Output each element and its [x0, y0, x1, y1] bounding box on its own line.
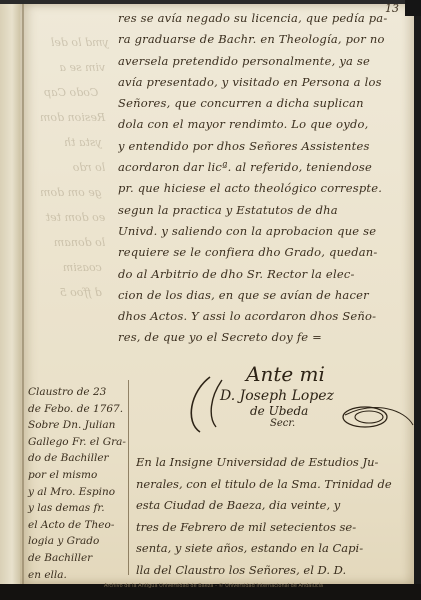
adjacent-page-strip: [0, 4, 20, 584]
text-line: acordaron dar licª. al referido, teniend…: [118, 157, 408, 178]
text-line: y entendido por dhos Señores Assistentes: [118, 136, 408, 157]
ink-bleed-through: ymd lo del vim se a Codo Cap Resion dom …: [40, 30, 109, 305]
margin-line: y las demas fr.: [28, 500, 128, 517]
scan-right-edge: [414, 16, 421, 586]
text-line: lla del Claustro los Señores, el D. D.: [136, 560, 414, 582]
signature-flourish-icon: [170, 372, 320, 442]
text-line: tres de Febrero de mil setecientos se-: [136, 517, 414, 539]
text-line: ra graduarse de Bachr. en Theología, por…: [118, 29, 408, 50]
text-line: dola con el mayor rendimto. Lo que oydo,: [118, 114, 408, 135]
text-line: En la Insigne Universidad de Estudios Ju…: [136, 452, 414, 474]
margin-line: de Bachiller: [28, 550, 128, 567]
text-line: requiere se le confiera dho Grado, queda…: [118, 242, 408, 263]
text-line: do al Arbitrio de dho Sr. Rector la elec…: [118, 264, 408, 285]
margin-line: en ella.: [28, 567, 128, 584]
text-line: nerales, con el titulo de la Sma. Trinid…: [136, 474, 414, 496]
main-body-text: res se avía negado su licencia, que pedí…: [118, 8, 408, 349]
text-line: res, de que yo el Secreto doy fe =: [118, 327, 408, 348]
footer-credit: Archivo de la Antigua Universidad de Bae…: [104, 583, 323, 589]
margin-line: Gallego Fr. el Gra-: [28, 434, 128, 451]
text-line: Univd. y saliendo con la aprobacion que …: [118, 221, 408, 242]
text-line: dhos Actos. Y assi lo acordaron dhos Señ…: [118, 306, 408, 327]
margin-note: Claustro de 23 de Febo. de 1767. Sobre D…: [28, 384, 128, 583]
text-line: aversela pretendido personalmente, ya se: [118, 51, 408, 72]
rubric-flourish-icon: [335, 395, 415, 435]
margin-line: de Febo. de 1767.: [28, 401, 128, 418]
page-gutter: [22, 4, 24, 584]
margin-line: el Acto de Theo-: [28, 517, 128, 534]
signature-block: Ante mi D. Joseph Lopez de Ubeda Secr.: [200, 362, 334, 429]
margin-line: Sobre Dn. Julian: [28, 417, 128, 434]
text-line: segun la practica y Estatutos de dha: [118, 200, 408, 221]
text-line: esta Ciudad de Baeza, dia veinte, y: [136, 495, 414, 517]
text-line: pr. que hiciese el acto theológico corre…: [118, 178, 408, 199]
margin-line: do de Bachiller: [28, 450, 128, 467]
text-line: avía presentado, y visitado en Persona a…: [118, 72, 408, 93]
margin-line: logia y Grado: [28, 533, 128, 550]
margin-line: Claustro de 23: [28, 384, 128, 401]
text-line: Señores, que concurren a dicha suplican: [118, 93, 408, 114]
margin-line: y al Mro. Espino: [28, 484, 128, 501]
margin-rule: [128, 380, 129, 575]
margin-line: por el mismo: [28, 467, 128, 484]
text-line: res se avía negado su licencia, que pedí…: [118, 8, 408, 29]
text-line: senta, y siete años, estando en la Capi-: [136, 538, 414, 560]
text-line: cion de los dias, en que se avían de hac…: [118, 285, 408, 306]
second-entry-text: En la Insigne Universidad de Estudios Ju…: [136, 452, 414, 581]
